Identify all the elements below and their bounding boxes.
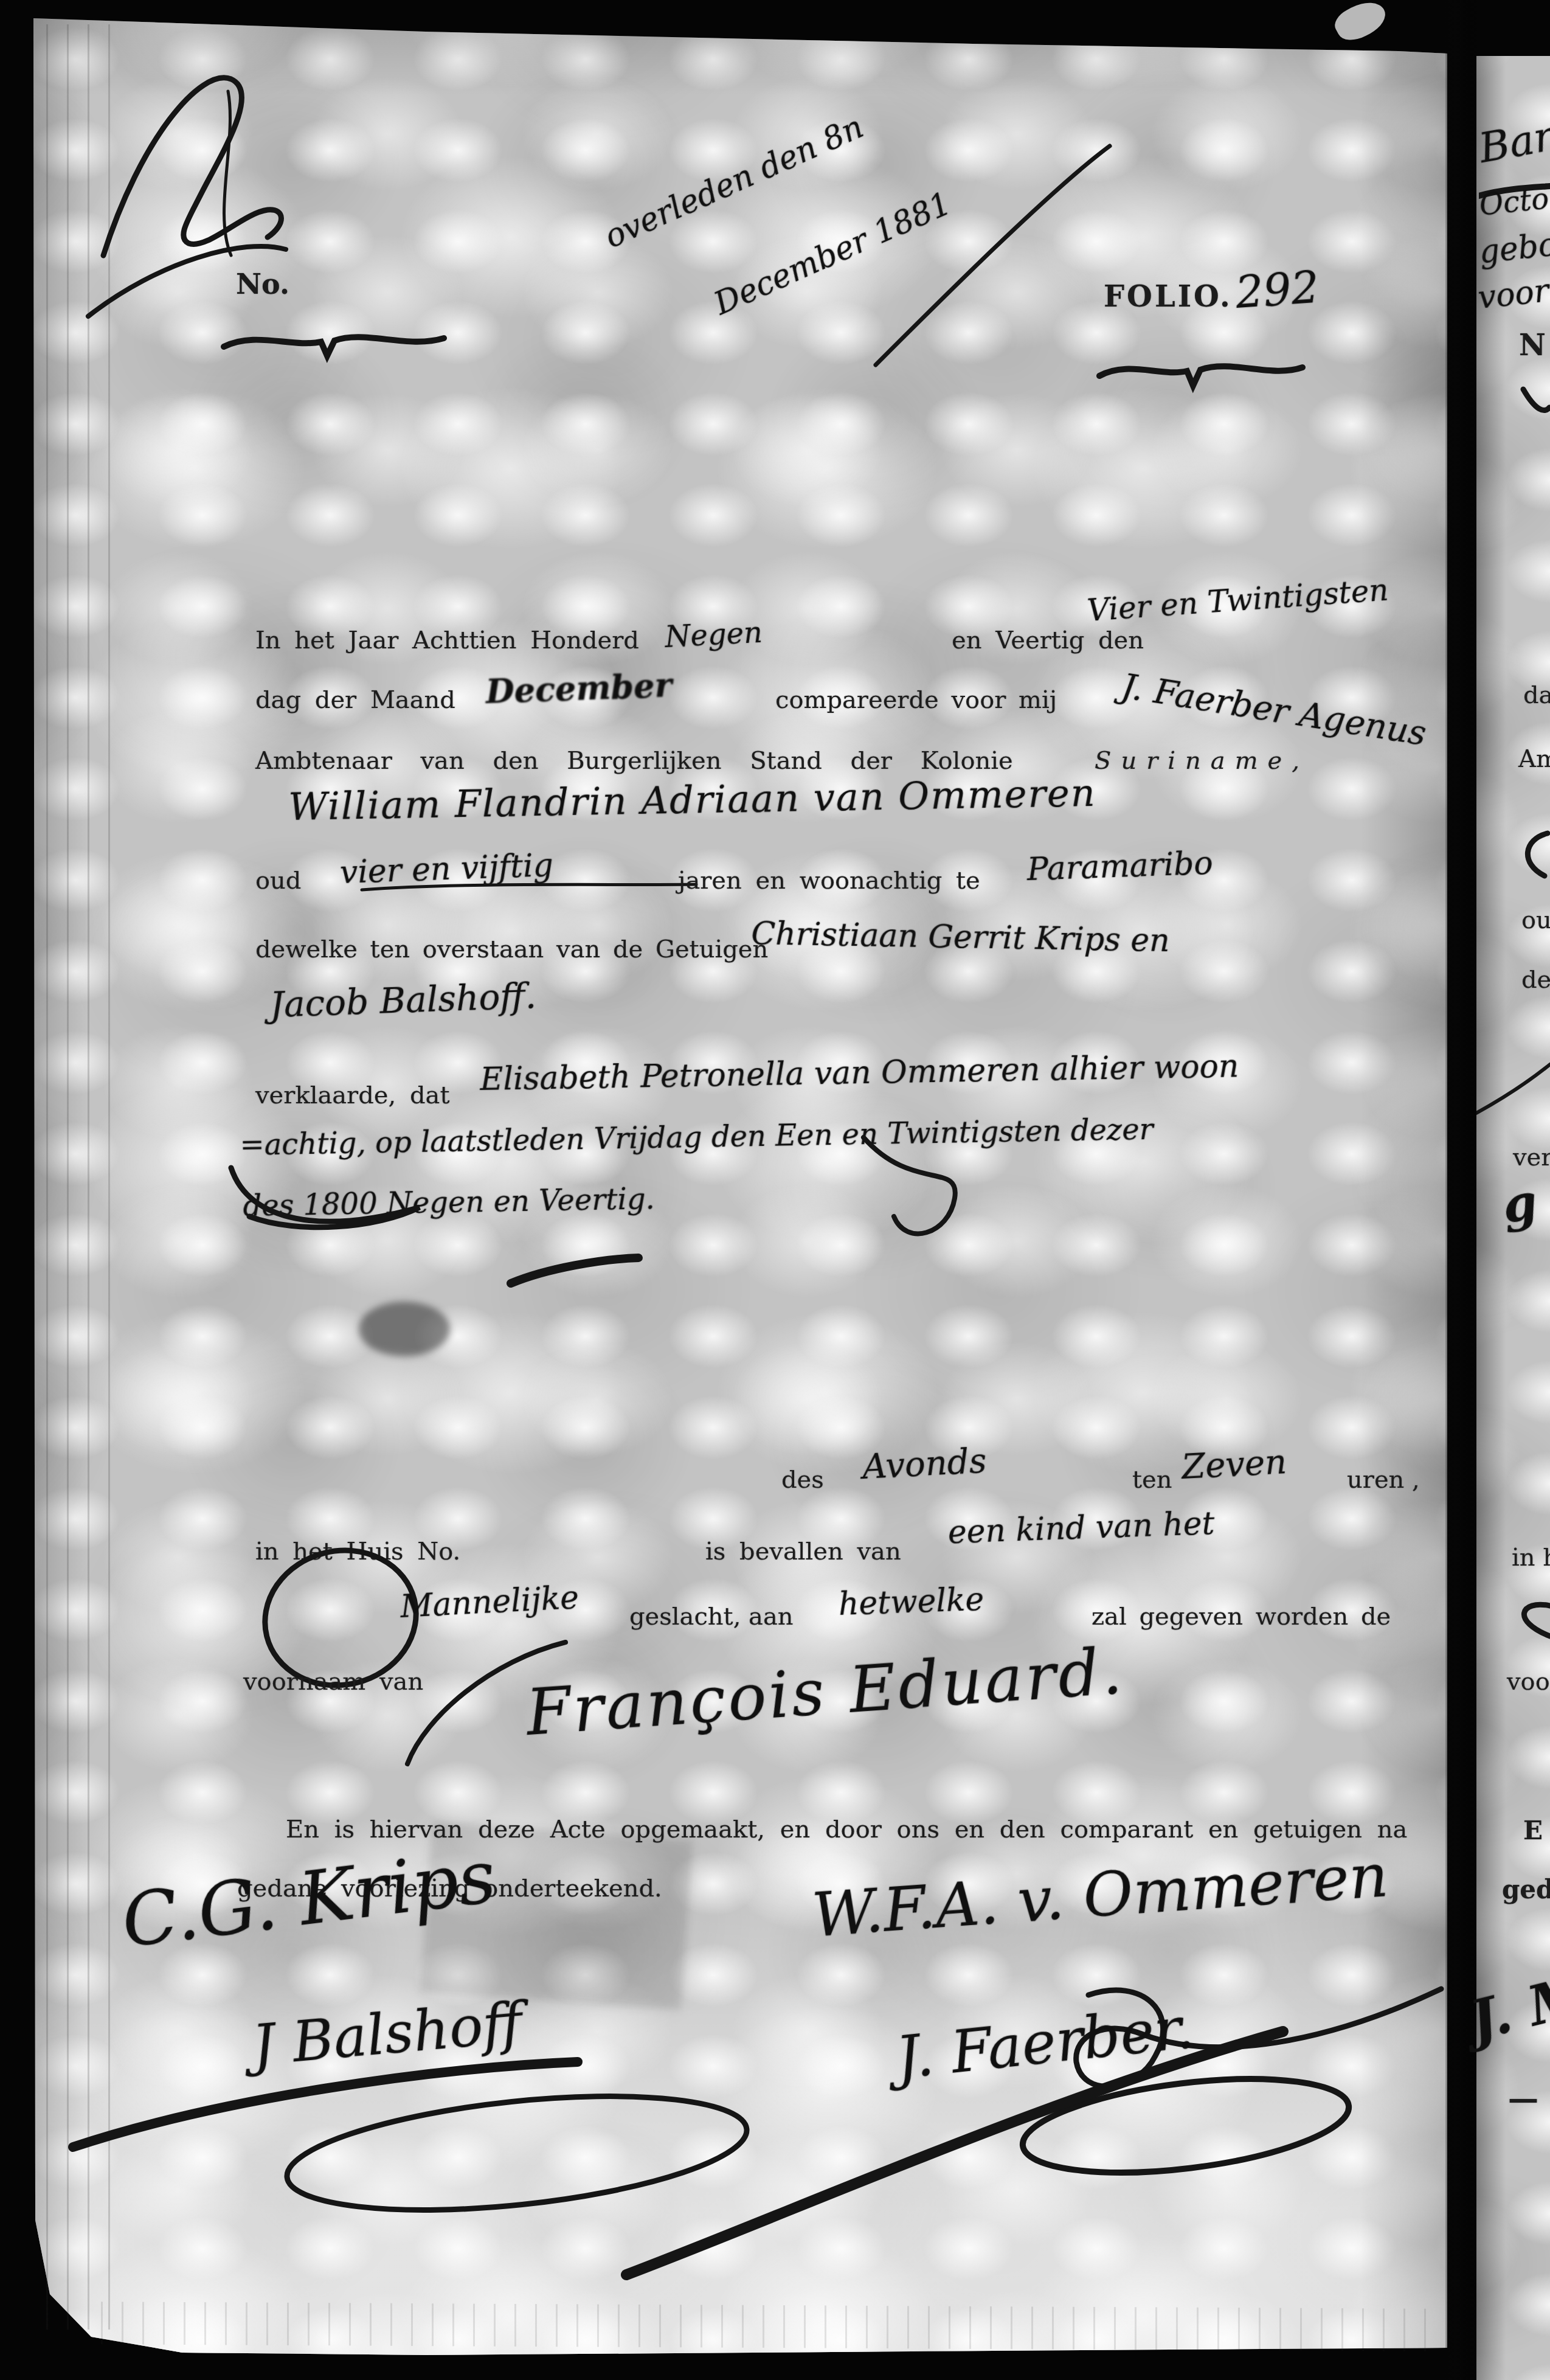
rp-huis-frag: in h xyxy=(1512,1544,1550,1572)
rp-oud-frag: ou xyxy=(1521,906,1550,934)
folio-label: FOLIO. xyxy=(1104,280,1233,314)
mid-voornaam-print: voornaam van xyxy=(243,1668,423,1696)
rp-brace-frag xyxy=(1520,383,1550,420)
mid-zeven-hand: Zeven xyxy=(1181,1442,1288,1487)
form-line3-kolonie-name: Suriname, xyxy=(1095,747,1309,775)
decl-print: verklaarde, dat xyxy=(255,1081,449,1109)
rp-dewelke-frag: de xyxy=(1521,966,1550,994)
mid-bevallen-print: is bevallen van xyxy=(705,1538,901,1566)
folio-brace-flourish xyxy=(1095,353,1307,395)
rp-en-frag: E xyxy=(1523,1816,1543,1845)
rp-verklaarde-frag: ver xyxy=(1513,1143,1550,1171)
mid-des-print: des xyxy=(781,1466,824,1494)
rp-dag-frag: da xyxy=(1523,681,1550,709)
mid-geslacht-print: geslacht, aan xyxy=(629,1603,794,1631)
form-line5-print1: oud xyxy=(255,867,301,895)
form-line1-print2: en Veertig den xyxy=(952,626,1144,654)
rp-gedane-frag: geda xyxy=(1502,1875,1550,1904)
rp-no-label-frag: N xyxy=(1519,328,1546,363)
form-line5-print2: jaren en woonachtig te xyxy=(678,867,980,895)
form-line5-hand2: Paramaribo xyxy=(1026,845,1214,888)
ink-smudge xyxy=(359,1302,450,1356)
child-name-lead-stroke xyxy=(401,1636,572,1770)
mid-hetwelk-hand: hetwelke xyxy=(838,1581,984,1623)
rp-voornaam-frag: voor xyxy=(1507,1668,1550,1696)
form-line3-print1: Ambtenaar van den Burgerlijken Stand der… xyxy=(255,747,1013,775)
form-line2-hand1: December xyxy=(485,665,673,711)
mid-gegeven-print: zal gegeven worden de xyxy=(1092,1603,1391,1631)
form-line6-print1: dewelke ten overstaan van de Getuigen xyxy=(255,935,768,963)
registrar-diagonal-stroke xyxy=(620,2025,1289,2281)
declaration-loop-stroke xyxy=(857,1125,991,1253)
paraph-flourish-icon xyxy=(85,55,341,322)
age-strikethrough-stroke xyxy=(359,881,699,893)
form-line1-hand1: Negen xyxy=(664,616,763,654)
paper-speck xyxy=(1330,0,1391,47)
no-brace-flourish xyxy=(219,322,450,365)
no-label: No. xyxy=(236,268,289,300)
folio-number: 292 xyxy=(1234,262,1321,319)
form-line1-print1: In het Jaar Achttien Honderd xyxy=(255,626,639,654)
mid-ten-print: ten xyxy=(1132,1466,1172,1494)
rp-dash-frag: — xyxy=(1508,2080,1538,2116)
stacked-page-edges-bottom xyxy=(91,2302,1429,2351)
stacked-page-edges-left xyxy=(36,24,116,2330)
form-line2-print2: compareerde voor mij xyxy=(775,686,1057,714)
declaration-swoosh-stroke xyxy=(225,1150,541,1241)
mid-uren-print: uren , xyxy=(1347,1466,1420,1494)
short-dash-flourish xyxy=(505,1247,645,1296)
annotation-slash-stroke xyxy=(870,140,1113,371)
rp-oval-frag xyxy=(1508,1594,1550,1648)
witness-names-hand: Christiaan Gerrit Krips en xyxy=(751,915,1170,959)
rp-ambtenaar-frag: Am xyxy=(1518,745,1550,773)
form-line2-print1: dag der Maand xyxy=(255,686,455,714)
scanned-register-photo: No. overleden den 8n December 1881 FOLIO… xyxy=(0,0,1550,2380)
rp-hand-curve-frag xyxy=(1517,827,1550,882)
mid-avonds-hand: Avonds xyxy=(862,1441,988,1487)
rp-diagonal-stroke xyxy=(1476,1052,1550,1119)
